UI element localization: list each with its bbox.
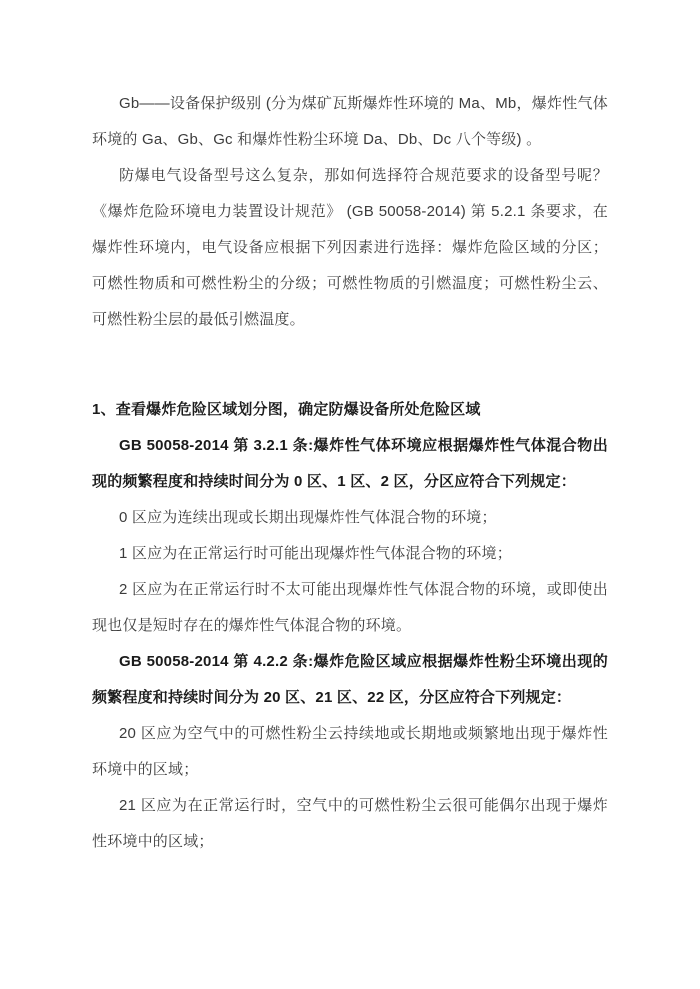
section-heading: 1、查看爆炸危险区域划分图，确定防爆设备所处危险区域 bbox=[92, 392, 608, 428]
body-paragraph: 20 区应为空气中的可燃性粉尘云持续地或长期地或频繁地出现于爆炸性环境中的区域； bbox=[92, 716, 608, 788]
paragraph-spacer bbox=[92, 338, 608, 392]
body-paragraph: 21 区应为在正常运行时，空气中的可燃性粉尘云很可能偶尔出现于爆炸性环境中的区域… bbox=[92, 788, 608, 860]
document-page: Gb——设备保护级别 (分为煤矿瓦斯爆炸性环境的 Ma、Mb，爆炸性气体环境的 … bbox=[0, 0, 700, 989]
clause-paragraph: GB 50058-2014 第 4.2.2 条:爆炸危险区域应根据爆炸性粉尘环境… bbox=[92, 644, 608, 716]
body-paragraph: 1 区应为在正常运行时可能出现爆炸性气体混合物的环境； bbox=[92, 536, 608, 572]
clause-paragraph: GB 50058-2014 第 3.2.1 条:爆炸性气体环境应根据爆炸性气体混… bbox=[92, 428, 608, 500]
body-paragraph: 2 区应为在正常运行时不太可能出现爆炸性气体混合物的环境，或即使出现也仅是短时存… bbox=[92, 572, 608, 644]
body-paragraph: Gb——设备保护级别 (分为煤矿瓦斯爆炸性环境的 Ma、Mb，爆炸性气体环境的 … bbox=[92, 86, 608, 158]
document-body: Gb——设备保护级别 (分为煤矿瓦斯爆炸性环境的 Ma、Mb，爆炸性气体环境的 … bbox=[92, 86, 608, 860]
body-paragraph: 防爆电气设备型号这么复杂，那如何选择符合规范要求的设备型号呢？《爆炸危险环境电力… bbox=[92, 158, 608, 338]
body-paragraph: 0 区应为连续出现或长期出现爆炸性气体混合物的环境； bbox=[92, 500, 608, 536]
